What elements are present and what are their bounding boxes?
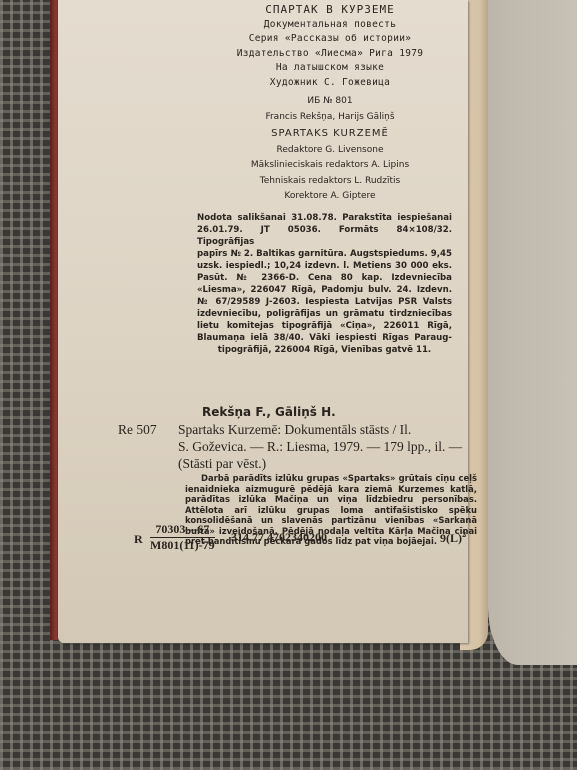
classif-number: 314.77.4702340200 <box>231 530 327 545</box>
credit-art-editor: Mākslinieciskais redaktors A. Lipins <box>180 158 480 174</box>
classif-index: 9(L)2 <box>440 530 466 546</box>
imprint-last-line: tipogrāfijā, 226004 Rīgā, Vienības gatvē… <box>197 344 452 356</box>
catalog-entry-line: Spartaks Kurzemē: Dokumentāls stāsts / I… <box>178 421 478 438</box>
classif-index-main: 9(L) <box>440 531 462 545</box>
latvian-credits-block: ИБ № 801 Francis Rekšņa, Harijs Gāliņš S… <box>180 94 480 205</box>
credit-editor: Redaktore G. Livensone <box>180 143 480 159</box>
imprint-line: Blaumaņa ielā 38/40. Vāki iespiesti Rīga… <box>197 332 452 344</box>
latvian-title: SPARTAKS KURZEMĒ <box>180 126 480 142</box>
classification-line: R 70303—67 M801(11)-79 314.77.4702340200… <box>134 522 474 552</box>
catalog-code: Re 507 <box>118 421 178 438</box>
russian-illustrator: Художник С. Гожевица <box>165 76 495 91</box>
catalog-authors: Rekšņa F., Gāliņš H. <box>202 404 478 421</box>
classif-numerator: 70303—67 <box>150 522 215 538</box>
imprint-line: papīrs № 2. Baltikas garnitūra. Augstspi… <box>197 248 452 260</box>
catalog-entry-line: S. Goževica. — R.: Liesma, 1979. — 179 l… <box>178 438 478 455</box>
imprint-line: uzsk. iespiedl.; 10,24 izdevn. l. Metien… <box>197 260 452 272</box>
authors-line: Francis Rekšņa, Harijs Gāliņš <box>180 110 480 126</box>
imprint-line: Nodota salikšanai 31.08.78. Parakstīta i… <box>197 212 452 224</box>
imprint-line: lietu komitejas tipogrāfijā «Ciņa», 2260… <box>197 320 452 332</box>
classif-index-sup: 2 <box>462 530 466 539</box>
printing-details-block: Nodota salikšanai 31.08.78. Parakstīta i… <box>197 212 452 356</box>
classif-letter: R <box>134 532 143 547</box>
russian-publisher: Издательство «Лиесма» Рига 1979 <box>165 47 495 62</box>
imprint-line: «Liesma», 226047 Rīgā, Padomju bulv. 24.… <box>197 284 452 296</box>
catalog-entry-line: (Stāsti par vēst.) <box>178 455 478 472</box>
russian-language-note: На латышском языке <box>165 61 495 76</box>
classif-denominator: M801(11)-79 <box>150 538 215 553</box>
imprint-line: izdevniecību, poligrāfijas un grāmatu ti… <box>197 308 452 320</box>
russian-imprint-block: СПАРТАК В КУРЗЕМЕ Документальная повесть… <box>165 0 495 90</box>
russian-series: Серия «Рассказы об истории» <box>165 32 495 47</box>
imprint-line: 26.01.79. JT 05036. Formāts 84×108/32. T… <box>197 224 452 248</box>
imprint-line: Pasūt. № 2366-D. Cena 80 kap. Izdevniecī… <box>197 272 452 284</box>
ib-number: ИБ № 801 <box>180 94 480 110</box>
imprint-line: № 67/29589 J-2603. Iespiesta Latvijas PS… <box>197 296 452 308</box>
russian-title: СПАРТАК В КУРЗЕМЕ <box>165 3 495 18</box>
russian-subtitle: Документальная повесть <box>165 18 495 33</box>
credit-tech-editor: Tehniskais redaktors L. Rudzītis <box>180 174 480 190</box>
facing-page <box>488 0 577 665</box>
credit-proofreader: Korektore A. Giptere <box>180 189 480 205</box>
classif-fraction: 70303—67 M801(11)-79 <box>150 522 215 553</box>
